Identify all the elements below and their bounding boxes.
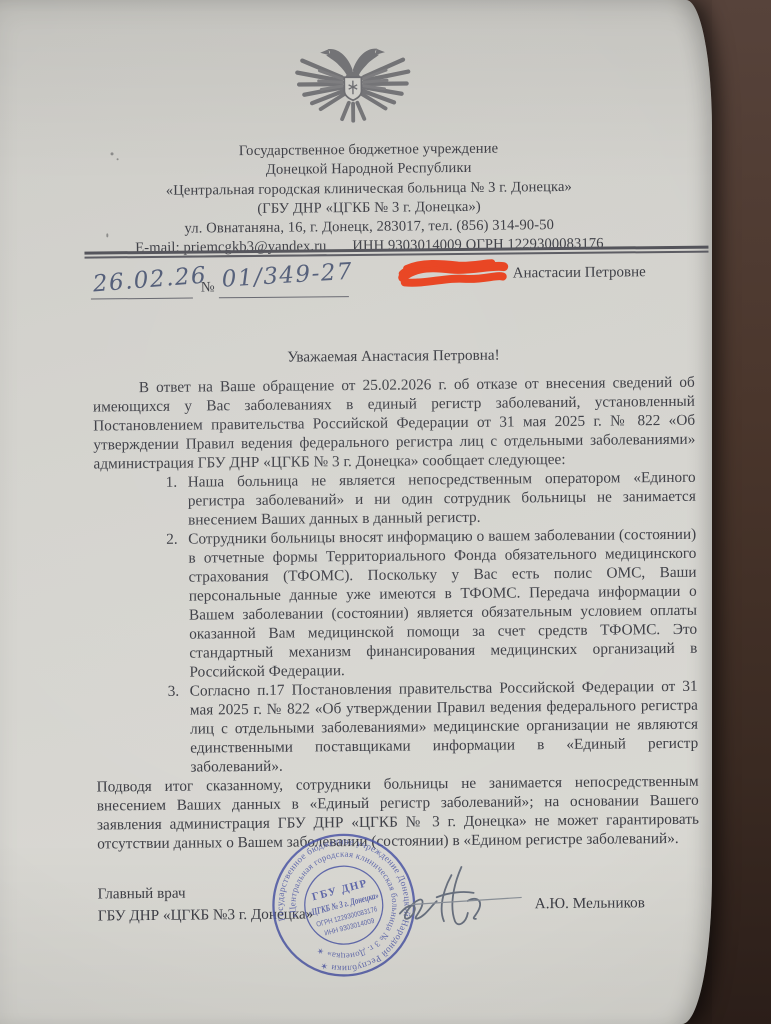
number-blank-line [219, 296, 349, 298]
date-blank-line [91, 298, 193, 300]
list-item: Наша больница не является непосредственн… [166, 468, 697, 530]
signature-scribble [389, 860, 528, 939]
salutation: Уважаемая Анастасия Петровна! [92, 345, 694, 369]
paper-speck [111, 152, 114, 155]
signer-name: А.Ю. Мельников [535, 894, 645, 913]
letterhead: Государственное бюджетное учреждение Дон… [90, 138, 647, 259]
handwritten-date: 26.02.26 [92, 262, 208, 297]
recipient-block: Анастасии Петровне [397, 253, 682, 298]
letter-body: В ответ на Ваше обращение от 25.02.2026 … [93, 373, 700, 854]
handwritten-number: 01/349-27 [221, 259, 354, 293]
photo-background: Государственное бюджетное учреждение Дон… [0, 0, 771, 1024]
document-content: Государственное бюджетное учреждение Дон… [0, 0, 718, 1024]
number-sign: № [201, 279, 215, 296]
list-item: Сотрудники больницы вносят информацию о … [166, 525, 697, 682]
list-item: Согласно п.17 Постановления правительств… [168, 677, 699, 777]
redaction-scribble [397, 257, 511, 290]
intro-paragraph: В ответ на Ваше обращение от 25.02.2026 … [93, 373, 696, 474]
paper-sheet: Государственное бюджетное учреждение Дон… [0, 0, 712, 1024]
paper-speck [106, 233, 108, 237]
numbered-list: Наша больница не является непосредственн… [94, 468, 699, 778]
reference-line: 26.02.26 № 01/349-27 [89, 260, 389, 311]
paper-speck [117, 158, 119, 160]
recipient-name: Анастасии Петровне [513, 264, 646, 282]
double-headed-eagle-icon [288, 31, 417, 136]
